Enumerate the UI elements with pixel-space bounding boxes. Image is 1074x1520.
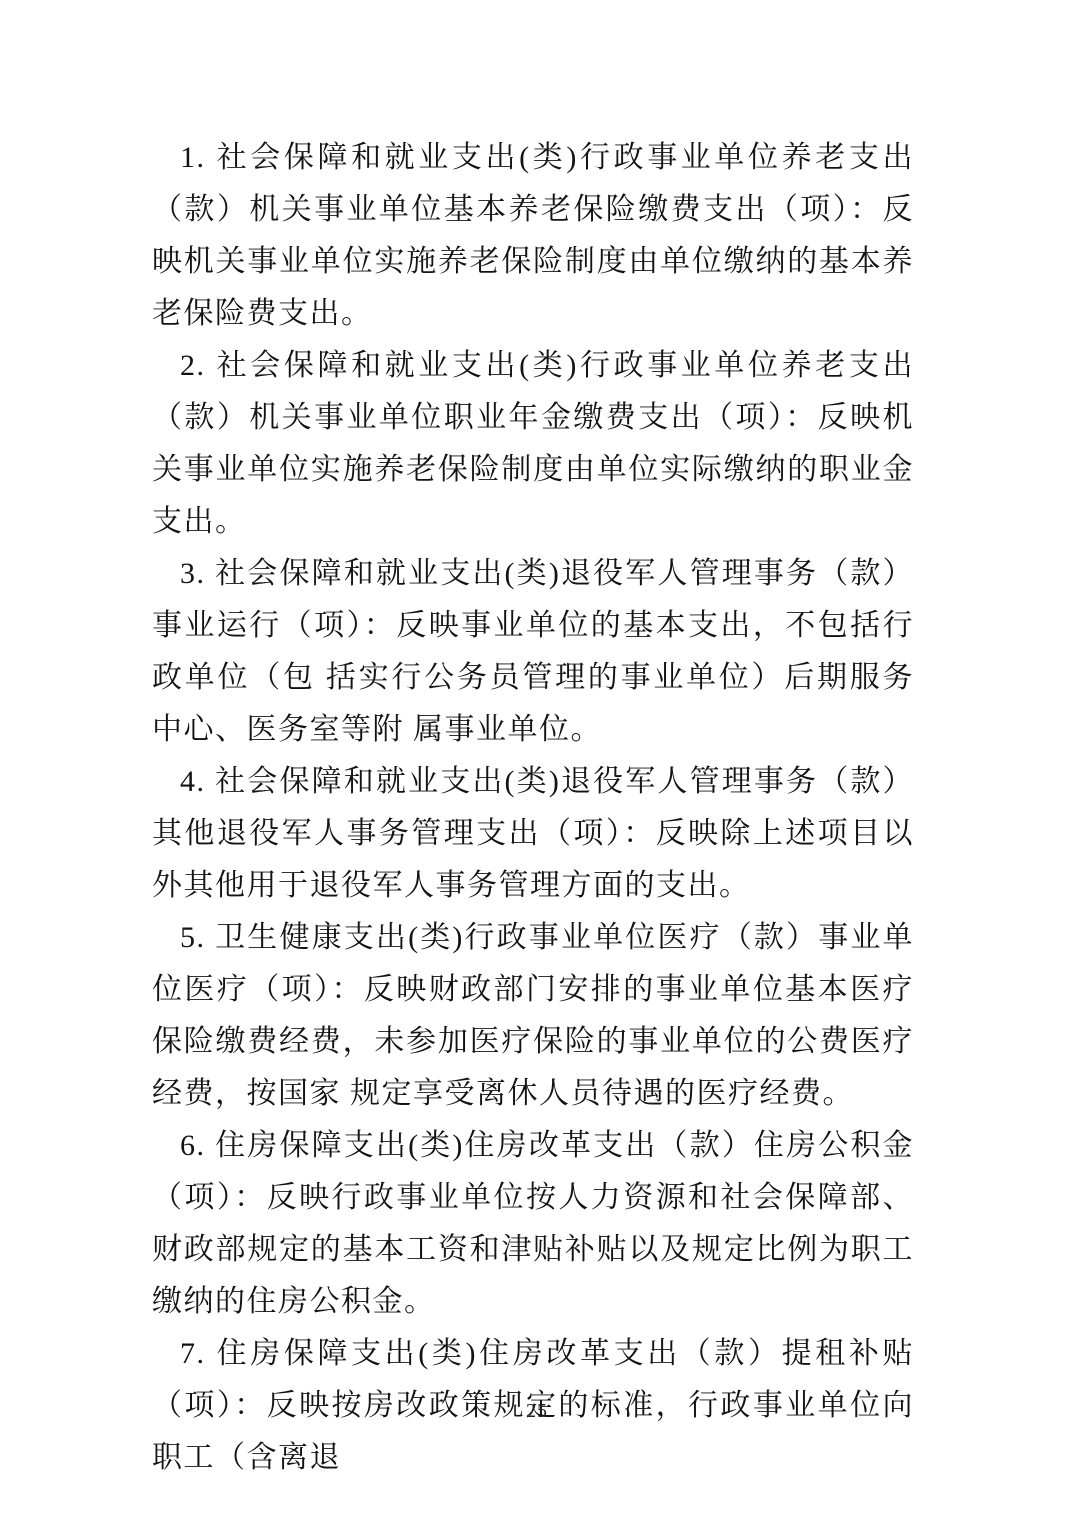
paragraph-3: 3. 社会保障和就业支出(类)退役军人管理事务（款）事业运行（项）：反映事业单位… [152, 548, 914, 756]
document-page: 1. 社会保障和就业支出(类)行政事业单位养老支出（款）机关事业单位基本养老保险… [0, 0, 1074, 1520]
paragraph-2: 2. 社会保障和就业支出(类)行政事业单位养老支出（款）机关事业单位职业年金缴费… [152, 340, 914, 548]
paragraph-1: 1. 社会保障和就业支出(类)行政事业单位养老支出（款）机关事业单位基本养老保险… [152, 132, 914, 340]
paragraph-5: 5. 卫生健康支出(类)行政事业单位医疗（款）事业单位医疗（项）：反映财政部门安… [152, 912, 914, 1120]
paragraph-6: 6. 住房保障支出(类)住房改革支出（款）住房公积金（项）：反映行政事业单位按人… [152, 1120, 914, 1328]
page-number: 25 [0, 1400, 1074, 1423]
document-body: 1. 社会保障和就业支出(类)行政事业单位养老支出（款）机关事业单位基本养老保险… [152, 132, 914, 1484]
paragraph-4: 4. 社会保障和就业支出(类)退役军人管理事务（款）其他退役军人事务管理支出（项… [152, 756, 914, 912]
